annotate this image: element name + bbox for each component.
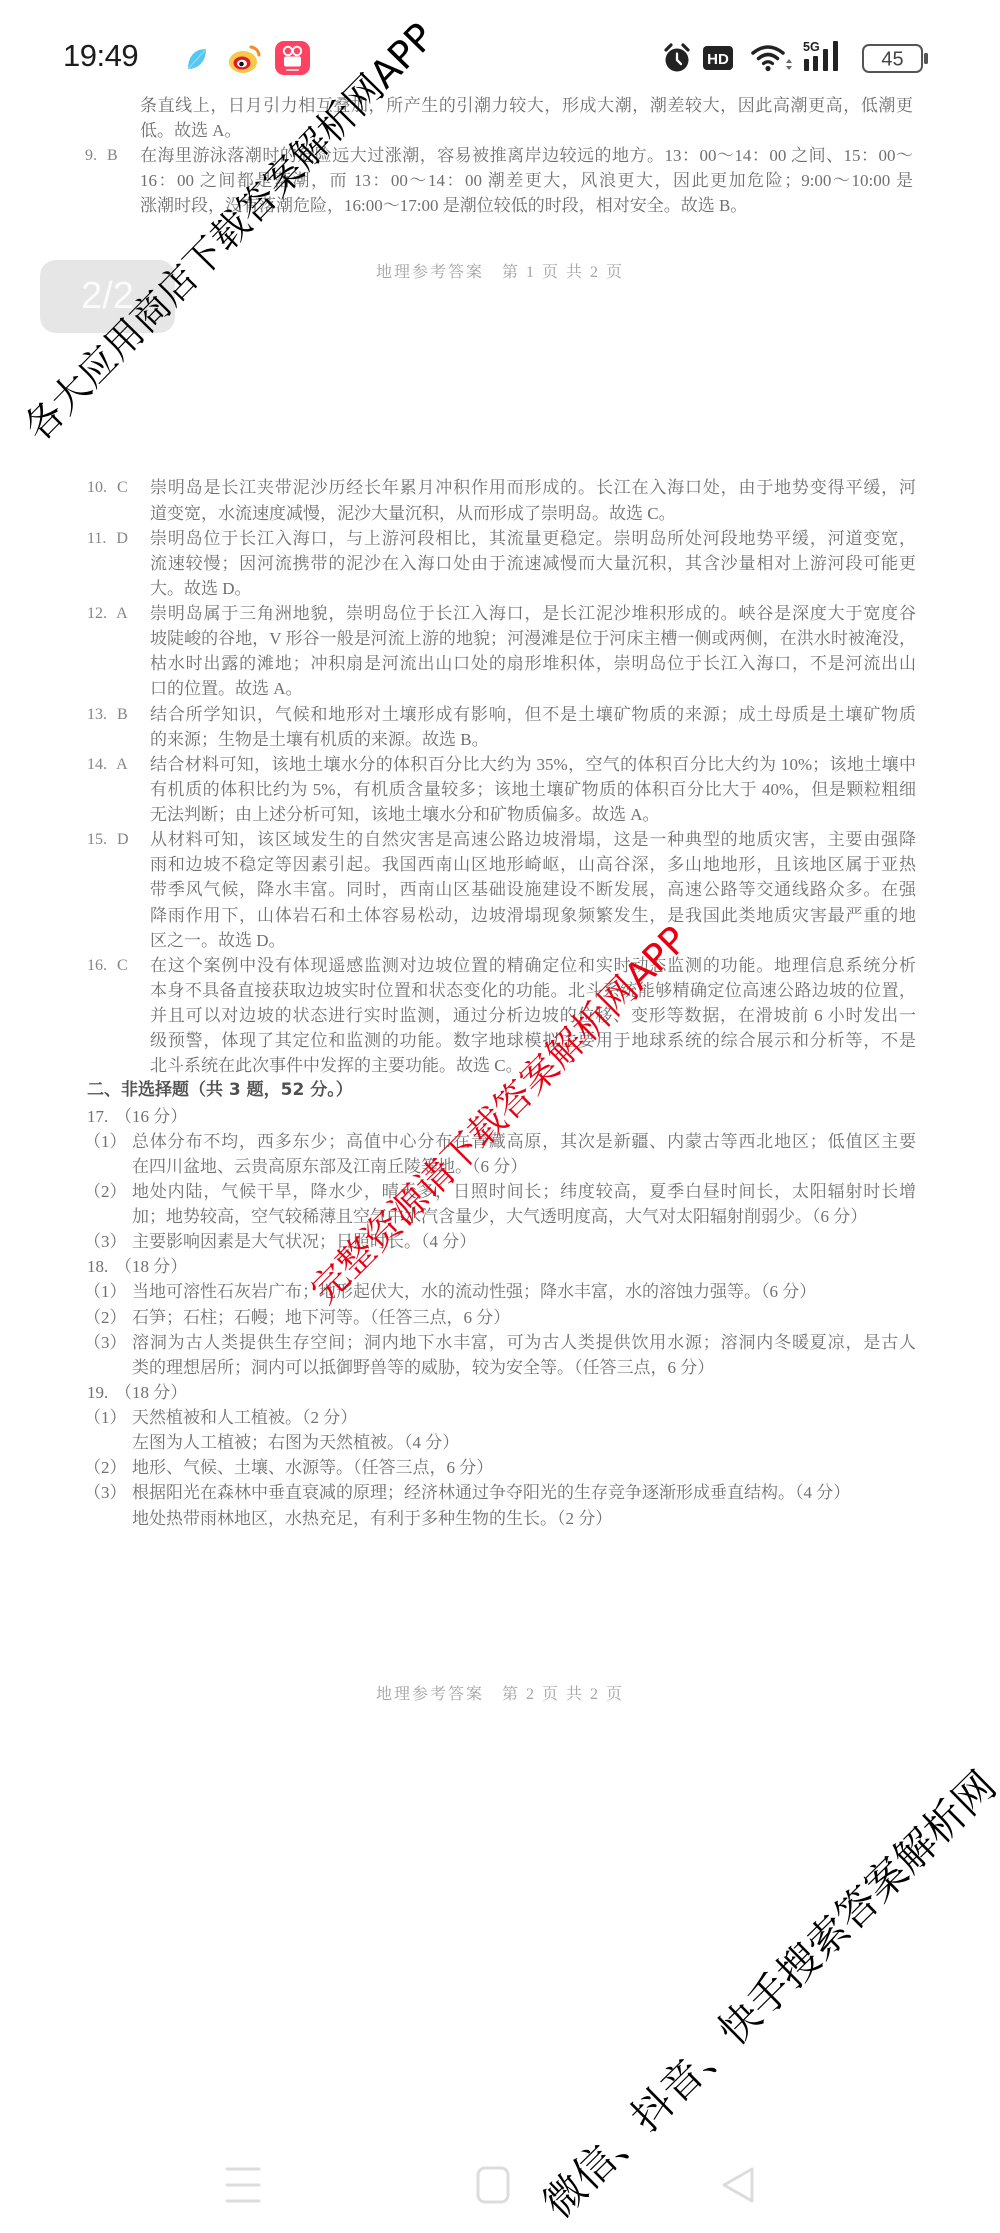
hd-voice-icon: HD <box>703 46 733 70</box>
part-label: （2） <box>84 1305 127 1330</box>
battery-level: 45 <box>881 49 903 71</box>
answer-text: 左图为人工植被；右图为天然植被。（4 分） <box>132 1430 916 1456</box>
answer-text: 总体分布不均，西多东少；高值中心分布在青藏高原，其次是新疆、内蒙古等西北地区；低… <box>132 1129 916 1155</box>
status-time: 19:49 <box>63 38 138 74</box>
question-score: （18 分） <box>115 1380 187 1405</box>
section-header: 二、非选择题（共 3 题，52 分。） <box>0 1078 1000 1103</box>
answer-line: 的来源；生物是土壤有机质的来源。故选 B。 <box>0 727 1000 752</box>
answer-line: 级预警，体现了其定位和监测的功能。数字地球模拟主要用于地球系统的综合展示和分析等… <box>0 1028 1000 1053</box>
question-19-header: 19. （18 分） <box>0 1380 1000 1405</box>
answer-item-13: 13. B 结合所学知识，气候和地形对土壤形成有影响，但不是土壤矿物质的来源；成… <box>0 702 1000 727</box>
document-viewer[interactable]: 条直线上，日月引力相互叠加，所产生的引潮力较大，形成大潮，潮差较大，因此高潮更高… <box>0 0 1000 2233</box>
part-label: （1） <box>84 1129 127 1154</box>
answer-text: 雨和边坡不稳定等因素引起。我国西南山区地形崎岖，山高谷深，多山地地形，且该地区属… <box>150 852 916 878</box>
answer-text: 结合所学知识，气候和地形对土壤形成有影响，但不是土壤矿物质的来源；成土母质是土壤… <box>150 702 916 728</box>
question-part: （3） 根据阳光在森林中垂直衰减的原理；经济林通过争夺阳光的生存竞争逐渐形成垂直… <box>0 1480 1000 1505</box>
answer-line: 有机质的体积比约为 5%，有机质含量较多；该地土壤矿物质的体积百分比大于 40%… <box>0 777 1000 802</box>
question-number: 18. <box>87 1254 108 1279</box>
alarm-icon <box>662 42 692 73</box>
answer-text: 降雨作用下，山体岩石和土体容易松动，边坡滑塌现象频繁发生，是我国此类地质灾害最严… <box>150 903 916 929</box>
answer-line: 大。故选 D。 <box>0 576 1000 601</box>
answer-text: 崇明岛是长江夹带泥沙历经长年累月冲积作用而形成的。长江在入海口处，由于地势变得平… <box>150 475 916 501</box>
page-2-content: 10. C 崇明岛是长江夹带泥沙历经长年累月冲积作用而形成的。长江在入海口处，由… <box>0 475 1000 1530</box>
answer-item-11: 11. D 崇明岛位于长江入海口，与上游河段相比，其流量更稳定。崇明岛所处河段地… <box>0 526 1000 551</box>
answer-text: 当地可溶性石灰岩广布；地形起伏大，水的流动性强；降水丰富，水的溶蚀力强等。（6 … <box>132 1279 916 1305</box>
answer-text: 在这个案例中没有体现遥感监测对边坡位置的精确定位和实时动态监测的功能。地理信息系… <box>150 953 916 979</box>
part-label: （3） <box>84 1480 127 1505</box>
answer-line: 降雨作用下，山体岩石和土体容易松动，边坡滑塌现象频繁发生，是我国此类地质灾害最严… <box>0 903 1000 928</box>
question-17-header: 17. （16 分） <box>0 1104 1000 1129</box>
answer-label: 15. D <box>87 827 129 852</box>
status-bar: 19:49 <box>0 0 1000 100</box>
menu-lines-icon <box>225 2165 261 2205</box>
answer-line: 北斗系统在此次事件中发挥的主要功能。故选 C。 <box>0 1053 1000 1078</box>
answer-text: 16：00 之间都是落潮，而 13：00～14：00 潮差更大，风浪更大，因此更… <box>140 168 913 194</box>
answer-item-10: 10. C 崇明岛是长江夹带泥沙历经长年累月冲积作用而形成的。长江在入海口处，由… <box>0 475 1000 500</box>
battery-icon: 45 <box>862 44 930 73</box>
answer-text: 枯水时出露的滩地；冲积扇是河流出山口处的扇形堆积体，崇明岛位于长江入海口，不是河… <box>150 651 916 677</box>
answer-text: 在四川盆地、云贵高原东部及江南丘陵等地。（6 分） <box>132 1154 916 1180</box>
answer-label: 11. D <box>87 526 128 551</box>
weibo-icon <box>228 44 262 74</box>
answer-line: 区之一。故选 D。 <box>0 928 1000 953</box>
question-part: （1） 当地可溶性石灰岩广布；地形起伏大，水的流动性强；降水丰富，水的溶蚀力强等… <box>0 1279 1000 1304</box>
home-button[interactable] <box>468 2160 518 2210</box>
answer-text: 的来源；生物是土壤有机质的来源。故选 B。 <box>150 727 916 753</box>
answer-text: 天然植被和人工植被。（2 分） <box>132 1405 916 1431</box>
answer-line: 低。故选 A。 <box>0 118 1000 143</box>
answer-text: 溶洞为古人类提供生存空间；洞内地下水丰富，可为古人类提供饮用水源；溶洞内冬暖夏凉… <box>132 1330 916 1356</box>
answer-label: 12. A <box>87 601 128 626</box>
answer-line: 无法判断；由上述分析可知，该地土壤水分和矿物质偏多。故选 A。 <box>0 802 1000 827</box>
answer-line: 涨潮时段，没有落潮危险，16:00～17:00 是潮位较低的时段，相对安全。故选… <box>0 193 1000 218</box>
question-number: 17. <box>87 1104 108 1129</box>
part-label: （2） <box>84 1455 127 1480</box>
answer-text: 口的位置。故选 A。 <box>150 676 916 702</box>
answer-text: 无法判断；由上述分析可知，该地土壤水分和矿物质偏多。故选 A。 <box>150 802 916 828</box>
5g-signal-icon: 5G <box>803 40 847 72</box>
question-part: （3） 主要影响因素是大气状况；日照时长。（4 分） <box>0 1229 1000 1254</box>
answer-label: 13. B <box>87 702 128 727</box>
phone-screen: 条直线上，日月引力相互叠加，所产生的引潮力较大，形成大潮，潮差较大，因此高潮更高… <box>0 0 1000 2233</box>
question-part: （2） 石笋；石柱；石幔；地下河等。（任答三点，6 分） <box>0 1305 1000 1330</box>
answer-text: 级预警，体现了其定位和监测的功能。数字地球模拟主要用于地球系统的综合展示和分析等… <box>150 1028 916 1054</box>
answer-text: 根据阳光在森林中垂直衰减的原理；经济林通过争夺阳光的生存竞争逐渐形成垂直结构。（… <box>132 1480 916 1506</box>
answer-text: 石笋；石柱；石幔；地下河等。（任答三点，6 分） <box>132 1305 916 1331</box>
answer-item-9: 9. B 在海里游泳落潮时的危险远大过涨潮，容易被推离岸边较远的地方。13：00… <box>0 143 1000 168</box>
part-label: （1） <box>84 1279 127 1304</box>
answer-label: 10. C <box>87 475 128 500</box>
answer-text: 类的理想居所；洞内可以抵御野兽等的威胁，较为安全等。（任答三点，6 分） <box>132 1355 916 1381</box>
rounded-square-icon <box>475 2165 511 2205</box>
answer-text: 本身不具备直接获取边坡实时位置和状态变化的功能。北斗系统能够精确定位高速公路边坡… <box>150 978 916 1004</box>
answer-text: 结合材料可知，该地土壤水分的体积百分比大约为 35%，空气的体积百分比大约为 1… <box>150 752 916 778</box>
triangle-back-icon <box>720 2165 756 2205</box>
answer-text: 低。故选 A。 <box>140 118 913 144</box>
answer-text: 道变宽，水流速度减慢，泥沙大量沉积，从而形成了崇明岛。故选 C。 <box>150 501 916 527</box>
answer-line: 地处热带雨林地区，水热充足，有利于多种生物的生长。（2 分） <box>0 1506 1000 1531</box>
answer-text: 地处内陆，气候干旱，降水少，晴天多，日照时间长；纬度较高，夏季白昼时间长，太阳辐… <box>132 1179 916 1205</box>
question-number: 19. <box>87 1380 108 1405</box>
blue-leaf-app-icon <box>185 47 209 71</box>
answer-line: 口的位置。故选 A。 <box>0 676 1000 701</box>
page-indicator-text: 2/2 <box>81 275 134 318</box>
page-1-tail: 条直线上，日月引力相互叠加，所产生的引潮力较大，形成大潮，潮差较大，因此高潮更高… <box>0 93 1000 218</box>
answer-line: 在四川盆地、云贵高原东部及江南丘陵等地。（6 分） <box>0 1154 1000 1179</box>
answer-text: 大。故选 D。 <box>150 576 916 602</box>
question-part: （1） 天然植被和人工植被。（2 分） <box>0 1405 1000 1430</box>
answer-item-12: 12. A 崇明岛属于三角洲地貌，崇明岛位于长江入海口，是长江泥沙堆积形成的。峡… <box>0 601 1000 626</box>
answer-item-15: 15. D 从材料可知，该区域发生的自然灾害是高速公路边坡滑塌，这是一种典型的地… <box>0 827 1000 852</box>
question-part: （1） 总体分布不均，西多东少；高值中心分布在青藏高原，其次是新疆、内蒙古等西北… <box>0 1129 1000 1154</box>
network-label: 5G <box>803 40 820 54</box>
answer-text: 从材料可知，该区域发生的自然灾害是高速公路边坡滑塌，这是一种典型的地质灾害，主要… <box>150 827 916 853</box>
answer-line: 本身不具备直接获取边坡实时位置和状态变化的功能。北斗系统能够精确定位高速公路边坡… <box>0 978 1000 1003</box>
question-part: （3） 溶洞为古人类提供生存空间；洞内地下水丰富，可为古人类提供饮用水源；溶洞内… <box>0 1330 1000 1355</box>
answer-text: 崇明岛属于三角洲地貌，崇明岛位于长江入海口，是长江泥沙堆积形成的。峡谷是深度大于… <box>150 601 916 627</box>
part-label: （1） <box>84 1405 127 1430</box>
answer-label: 9. B <box>85 143 118 168</box>
part-label: （2） <box>84 1179 127 1204</box>
answer-line: 坡陡峻的谷地，V 形谷一般是河流上游的地貌；河漫滩是位于河床主槽一侧或两侧，在洪… <box>0 626 1000 651</box>
part-label: （3） <box>84 1229 127 1254</box>
answer-text: 崇明岛位于长江入海口，与上游河段相比，其流量更稳定。崇明岛所处河段地势平缓，河道… <box>150 526 916 552</box>
answer-line: 加；地势较高，空气较稀薄且空气中水汽含量少，大气透明度高，大气对太阳辐射削弱少。… <box>0 1204 1000 1229</box>
answer-text: 有机质的体积比约为 5%，有机质含量较多；该地土壤矿物质的体积百分比大于 40%… <box>150 777 916 803</box>
question-part: （2） 地处内陆，气候干旱，降水少，晴天多，日照时间长；纬度较高，夏季白昼时间长… <box>0 1179 1000 1204</box>
answer-line: 左图为人工植被；右图为天然植被。（4 分） <box>0 1430 1000 1455</box>
answer-text: 主要影响因素是大气状况；日照时长。（4 分） <box>132 1229 916 1255</box>
answer-text: 带季风气候，降水丰富。同时，西南山区基础设施建设不断发展，高速公路等交通线路众多… <box>150 877 916 903</box>
answer-text: 在海里游泳落潮时的危险远大过涨潮，容易被推离岸边较远的地方。13：00～14：0… <box>140 143 913 169</box>
answer-line: 类的理想居所；洞内可以抵御野兽等的威胁，较为安全等。（任答三点，6 分） <box>0 1355 1000 1380</box>
answer-text: 区之一。故选 D。 <box>150 928 916 954</box>
answer-label: 16. C <box>87 953 128 978</box>
answer-text: 涨潮时段，没有落潮危险，16:00～17:00 是潮位较低的时段，相对安全。故选… <box>140 193 913 219</box>
answer-text: 北斗系统在此次事件中发挥的主要功能。故选 C。 <box>150 1053 916 1079</box>
question-score: （16 分） <box>115 1104 187 1129</box>
answer-line: 流速较慢；因河流携带的泥沙在入海口处由于流速减慢而大量沉积，其含沙量相对上游河段… <box>0 551 1000 576</box>
answer-line: 雨和边坡不稳定等因素引起。我国西南山区地形崎岖，山高谷深，多山地地形，且该地区属… <box>0 852 1000 877</box>
hd-label: HD <box>707 51 729 68</box>
back-button[interactable] <box>713 2160 763 2210</box>
answer-line: 道变宽，水流速度减慢，泥沙大量沉积，从而形成了崇明岛。故选 C。 <box>0 501 1000 526</box>
answer-line: 带季风气候，降水丰富。同时，西南山区基础设施建设不断发展，高速公路等交通线路众多… <box>0 877 1000 902</box>
page-footer-2: 地理参考答案 第 2 页 共 2 页 <box>0 1683 1000 1707</box>
answer-text: 地处热带雨林地区，水热充足，有利于多种生物的生长。（2 分） <box>132 1506 916 1532</box>
answer-label: 14. A <box>87 752 128 777</box>
answer-line: 枯水时出露的滩地；冲积扇是河流出山口处的扇形堆积体，崇明岛位于长江入海口，不是河… <box>0 651 1000 676</box>
answer-text: 坡陡峻的谷地，V 形谷一般是河流上游的地貌；河漫滩是位于河床主槽一侧或两侧，在洪… <box>150 626 916 652</box>
answer-item-16: 16. C 在这个案例中没有体现遥感监测对边坡位置的精确定位和实时动态监测的功能… <box>0 953 1000 978</box>
answer-text: 加；地势较高，空气较稀薄且空气中水汽含量少，大气透明度高，大气对太阳辐射削弱少。… <box>132 1204 916 1230</box>
answer-line: 16：00 之间都是落潮，而 13：00～14：00 潮差更大，风浪更大，因此更… <box>0 168 1000 193</box>
answer-text: 地形、气候、土壤、水源等。（任答三点，6 分） <box>132 1455 916 1481</box>
page-indicator: 2/2 <box>40 260 175 333</box>
wifi-icon <box>750 42 794 72</box>
answer-text: 流速较慢；因河流携带的泥沙在入海口处由于流速减慢而大量沉积，其含沙量相对上游河段… <box>150 551 916 577</box>
question-18-header: 18. （18 分） <box>0 1254 1000 1279</box>
recents-button[interactable] <box>218 2160 268 2210</box>
navigation-bar <box>0 2150 1000 2233</box>
section-title: 二、非选择题（共 3 题，52 分。） <box>87 1078 353 1103</box>
question-score: （18 分） <box>115 1254 187 1279</box>
answer-text: 并且可以对边坡的状态进行实时监测，通过分析边坡的位移、变形等数据，在滑坡前 6 … <box>150 1003 916 1029</box>
part-label: （3） <box>84 1330 127 1355</box>
question-part: （2） 地形、气候、土壤、水源等。（任答三点，6 分） <box>0 1455 1000 1480</box>
answer-item-14: 14. A 结合材料可知，该地土壤水分的体积百分比大约为 35%，空气的体积百分… <box>0 752 1000 777</box>
red-video-app-icon <box>275 41 310 75</box>
answer-line: 并且可以对边坡的状态进行实时监测，通过分析边坡的位移、变形等数据，在滑坡前 6 … <box>0 1003 1000 1028</box>
